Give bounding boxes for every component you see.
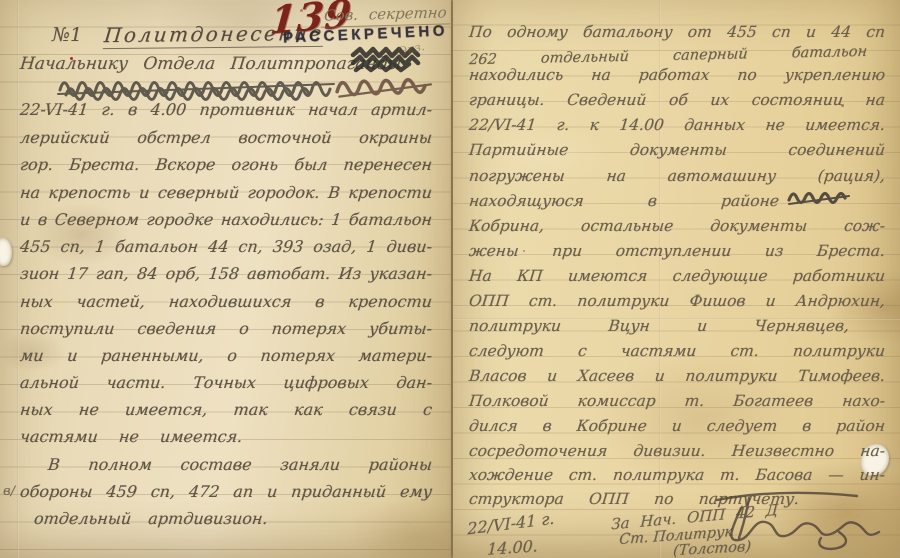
handwritten-line: 455 сп, 1 батальон 44 сп, 393 озад, 1 ди…	[19, 237, 433, 257]
handwritten-line: зион 17 гап, 84 орб, 158 автобат. Из ука…	[19, 264, 433, 284]
margin-correction-mark: в/	[3, 484, 15, 499]
ink-speck	[841, 104, 844, 107]
report-time: 14.00.	[487, 536, 538, 558]
handwritten-line: жены при отступлении из Бреста.	[468, 241, 886, 261]
handwritten-line: гор. Бреста. Вскоре огонь был перенесен	[19, 155, 433, 175]
handwritten-line: границы. Сведений об их состоянии на	[468, 90, 886, 110]
handwritten-line: обороны 459 сп, 472 ап и приданный ему	[19, 482, 433, 502]
handwritten-line: на крепость и северный городок. В крепос…	[19, 183, 433, 203]
report-date: 22/VI-41 г.	[467, 509, 554, 539]
addressee-line: Начальнику Отдела Политпропаганды	[19, 54, 402, 74]
handwritten-line: ных частей, находившихся в крепости	[19, 292, 433, 312]
handwritten-line: В полном составе заняли районы	[47, 455, 433, 475]
handwritten-line: Власов и Хасеев и политруки Тимофеев.	[468, 366, 886, 386]
handwritten-line: сосредоточения дивизии. Неизвестно на-	[468, 441, 886, 461]
crossed-out-scribble	[58, 76, 338, 100]
handwritten-line: Кобрина, остальные документы сож-	[468, 216, 886, 236]
handwritten-line: отдельный артдивизион.	[33, 509, 435, 529]
handwritten-line: поступили сведения о потерях убиты-	[19, 319, 433, 339]
signature	[689, 486, 895, 552]
handwritten-line: погружены на автомашину (рация),	[468, 166, 886, 186]
left-page: №1 Политдонесение Начальнику Отдела Поли…	[0, 0, 451, 558]
handwritten-line: находящуюся в районе	[468, 191, 780, 211]
handwritten-line: ОПП ст. политруки Фишов и Андрюхин,	[468, 291, 886, 311]
handwritten-line: Партийные документы соединений	[468, 140, 886, 160]
handwritten-line: По одному батальону от 455 сп и 44 сп	[468, 22, 886, 42]
handwritten-line: лерийский обстрел восточной окраины	[19, 128, 433, 148]
ink-speck	[523, 250, 525, 252]
document-scan: №1 Политдонесение Начальнику Отдела Поли…	[0, 0, 900, 558]
handwritten-line: 22-VI-41 г. в 4.00 противник начал артил…	[19, 100, 433, 120]
ink-speck	[70, 57, 73, 60]
handwritten-line: На КП имеются следующие работники	[468, 266, 886, 286]
crossed-out-scribble	[335, 72, 436, 101]
handwritten-line: 22/VI-41 г. к 14.00 данных не имеется.	[468, 115, 886, 135]
handwritten-line: частями не имеется.	[19, 427, 433, 447]
handwritten-line: политруки Вцун и Чернявцев,	[468, 316, 850, 336]
handwritten-line: альной части. Точных цифровых дан-	[19, 373, 433, 393]
handwritten-line: дился в Кобрине и следует в район	[468, 416, 886, 436]
handwritten-line: Полковой комиссар т. Богатеев нахо-	[468, 391, 886, 411]
paper-tear	[0, 238, 12, 266]
handwritten-line: следуют с частями ст. политруки	[468, 341, 886, 361]
report-number: №1	[52, 24, 82, 46]
handwritten-line: хождение ст. политрука т. Басова — ин-	[468, 465, 886, 485]
handwritten-line: ных не имеется, так как связи с	[19, 400, 433, 420]
handwritten-line: и в Северном городке находились: 1 батал…	[19, 210, 433, 230]
crossed-out-scribble	[787, 188, 853, 206]
handwritten-line: находились на работах по укреплению	[468, 65, 886, 85]
handwritten-line: ми и раненными, о потерях матери-	[19, 346, 433, 366]
right-page: По одному батальону от 455 сп и 44 сп 26…	[453, 0, 900, 558]
